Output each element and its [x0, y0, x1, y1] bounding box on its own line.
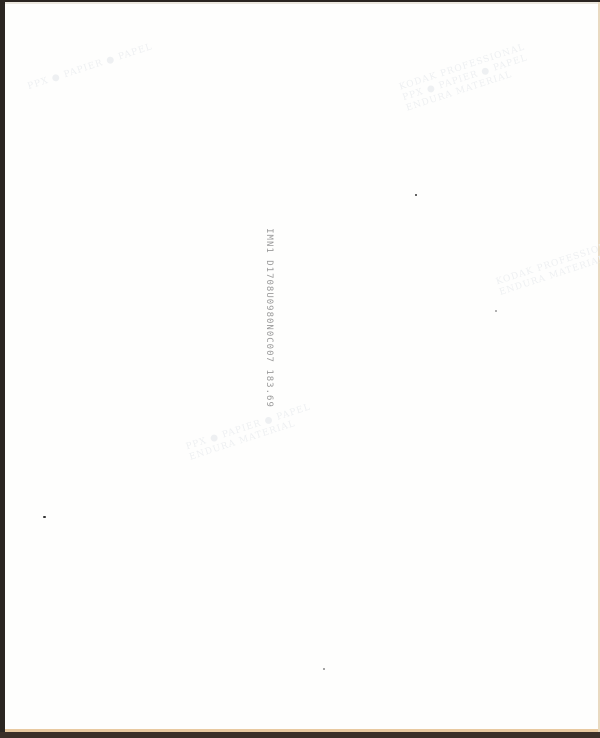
watermark-line: PPX ● PAPIER ● PAPEL [26, 42, 153, 92]
backprint-watermark: PPX ● PAPIER ● PAPEL ENDURA MATERIAL [185, 402, 316, 463]
dust-speck [495, 310, 497, 312]
backprint-watermark: KODAK PROFESSIONAL PPX ● PAPIER ● PAPEL … [398, 42, 533, 114]
lab-stamp-text: IMN1 D1708U0980N0C007 183.69 [264, 228, 274, 408]
backprint-watermark: PPX ● PAPIER ● PAPEL [26, 42, 154, 93]
scan-edge-bottom [0, 732, 600, 738]
dust-speck [43, 516, 46, 518]
dust-speck [415, 194, 417, 196]
photo-paper-back: KODAK PROFESSIONAL PPX ● PAPIER ● PAPEL … [5, 2, 600, 732]
backprint-watermark: KODAK PROFESSIONAL ENDURA MATERIAL [495, 237, 600, 299]
dust-speck [323, 668, 325, 670]
